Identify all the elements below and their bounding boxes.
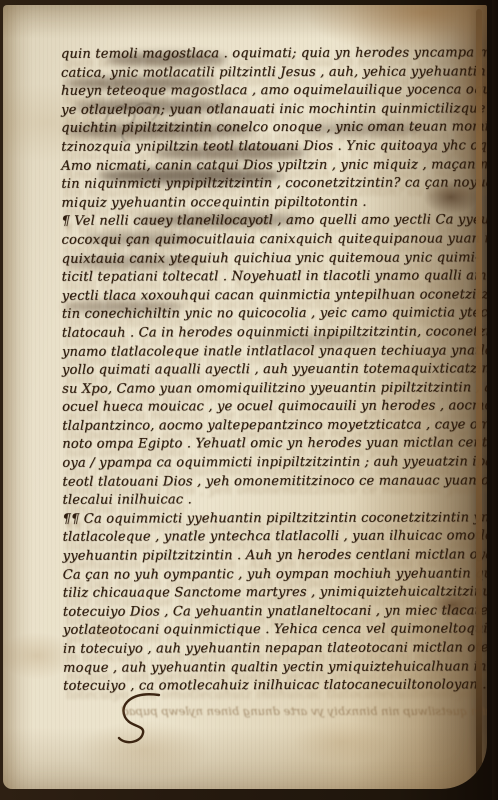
book-cover-background: quin temoli magostlaca . oquimati; quia …	[0, 0, 498, 800]
manuscript-line: ticitl tepatiani toltecatl . Noyehuatl i…	[62, 267, 487, 287]
manuscript-line: ye otlauelpoan; yuan otlanauati inic moc…	[61, 100, 487, 120]
manuscript-line: totecuiyo , ca omotlecahuiz inilhuicac t…	[63, 676, 487, 696]
manuscript-line: cocoxqui çan quimocuitlauia canixquich q…	[62, 230, 487, 250]
manuscript-line: tzinozquia ynipiltzin teotl tlatouani Di…	[61, 137, 487, 157]
manuscript-line: ¶¶ Ca oquimmicti yyehuantin pipiltzitzin…	[62, 509, 487, 529]
manuscript-line: tin niquinmicti ynpipiltzitzintin , coco…	[61, 174, 487, 194]
binding-edge	[492, 0, 498, 800]
manuscript-line: yyehuantin pipiltzitzintin . Auh yn hero…	[63, 546, 487, 566]
manuscript-line: quixtauia canix ytequiuh quichiua ynic q…	[62, 249, 487, 269]
manuscript-line: tiliz chicauaque Sanctome martyres , yni…	[63, 583, 487, 603]
manuscript-line: ¶ Vel nelli cauey tlanelilocayotl , amo …	[61, 212, 487, 232]
manuscript-line: oya / ypampa ca oquimmicti inpipiltzitzi…	[62, 453, 487, 473]
manuscript-line: quin temoli magostlaca . oquimati; quia …	[61, 44, 487, 64]
adjacent-page-edge	[476, 9, 482, 776]
manuscript-page: quin temoli magostlaca . oquimati; quia …	[3, 5, 487, 789]
manuscript-line: miquiz yyehuantin occequintin pipiltoton…	[61, 193, 487, 213]
manuscript-line: yollo quimati aqualli ayectli , auh yyeu…	[62, 360, 487, 380]
bleed-through-line: nim quetsilwup nin binnxbiy yv arte dnun…	[99, 704, 487, 718]
manuscript-text-block: quin temoli magostlaca . oquimati; quia …	[61, 44, 487, 696]
manuscript-line: Amo nicmati, canin catqui Dios ypiltzin …	[61, 156, 487, 176]
manuscript-line: in totecuiyo , auh yyehuantin nepapan tl…	[63, 639, 487, 659]
manuscript-line: yectli tlaca xoxouhqui cacan quinmictia …	[62, 286, 487, 306]
manuscript-line: ynamo tlatlacoleque inatle intlatlacol y…	[62, 342, 487, 362]
manuscript-line: quichtin pipiltzitzintin conelco onoque …	[61, 119, 487, 139]
manuscript-line: tlatlacoleque , ynatle yntechca tlatlaco…	[63, 528, 487, 548]
manuscript-line: totecuiyo Dios , Ca yehuantin ynatlanelt…	[63, 602, 487, 622]
manuscript-line: catica, ynic motlacatili piltzintli Jesu…	[61, 63, 487, 83]
manuscript-line: noto ompa Egipto . Yehuatl omic yn herod…	[62, 435, 487, 455]
manuscript-line: tlalpantzinco, aocmo yaltepepantzinco mo…	[62, 416, 487, 436]
manuscript-line: tlatocauh . Ca in herodes oquinmicti inp…	[62, 323, 487, 343]
manuscript-line: Ca çan no yuh oympantic , yuh oympan moc…	[63, 565, 487, 585]
manuscript-line: ocuel hueca mouicac , ye ocuel quimocaui…	[62, 398, 487, 418]
manuscript-line: yotlateotocani oquinmictique . Yehica ce…	[63, 621, 487, 641]
manuscript-line: hueyn teteoque magostlaca , amo oquimela…	[61, 81, 487, 101]
manuscript-line: moque , auh yyehuantin qualtin yectin ym…	[63, 658, 487, 678]
manuscript-line: su Xpo, Camo yuan omomiquilitzino yyeuan…	[62, 379, 487, 399]
manuscript-line: tlecalui inilhuicac .	[62, 490, 487, 510]
manuscript-line: tin conechichiltin ynic no quicocolia , …	[62, 305, 487, 325]
manuscript-line: teotl tlatouani Dios , yeh omonemititzin…	[62, 472, 487, 492]
